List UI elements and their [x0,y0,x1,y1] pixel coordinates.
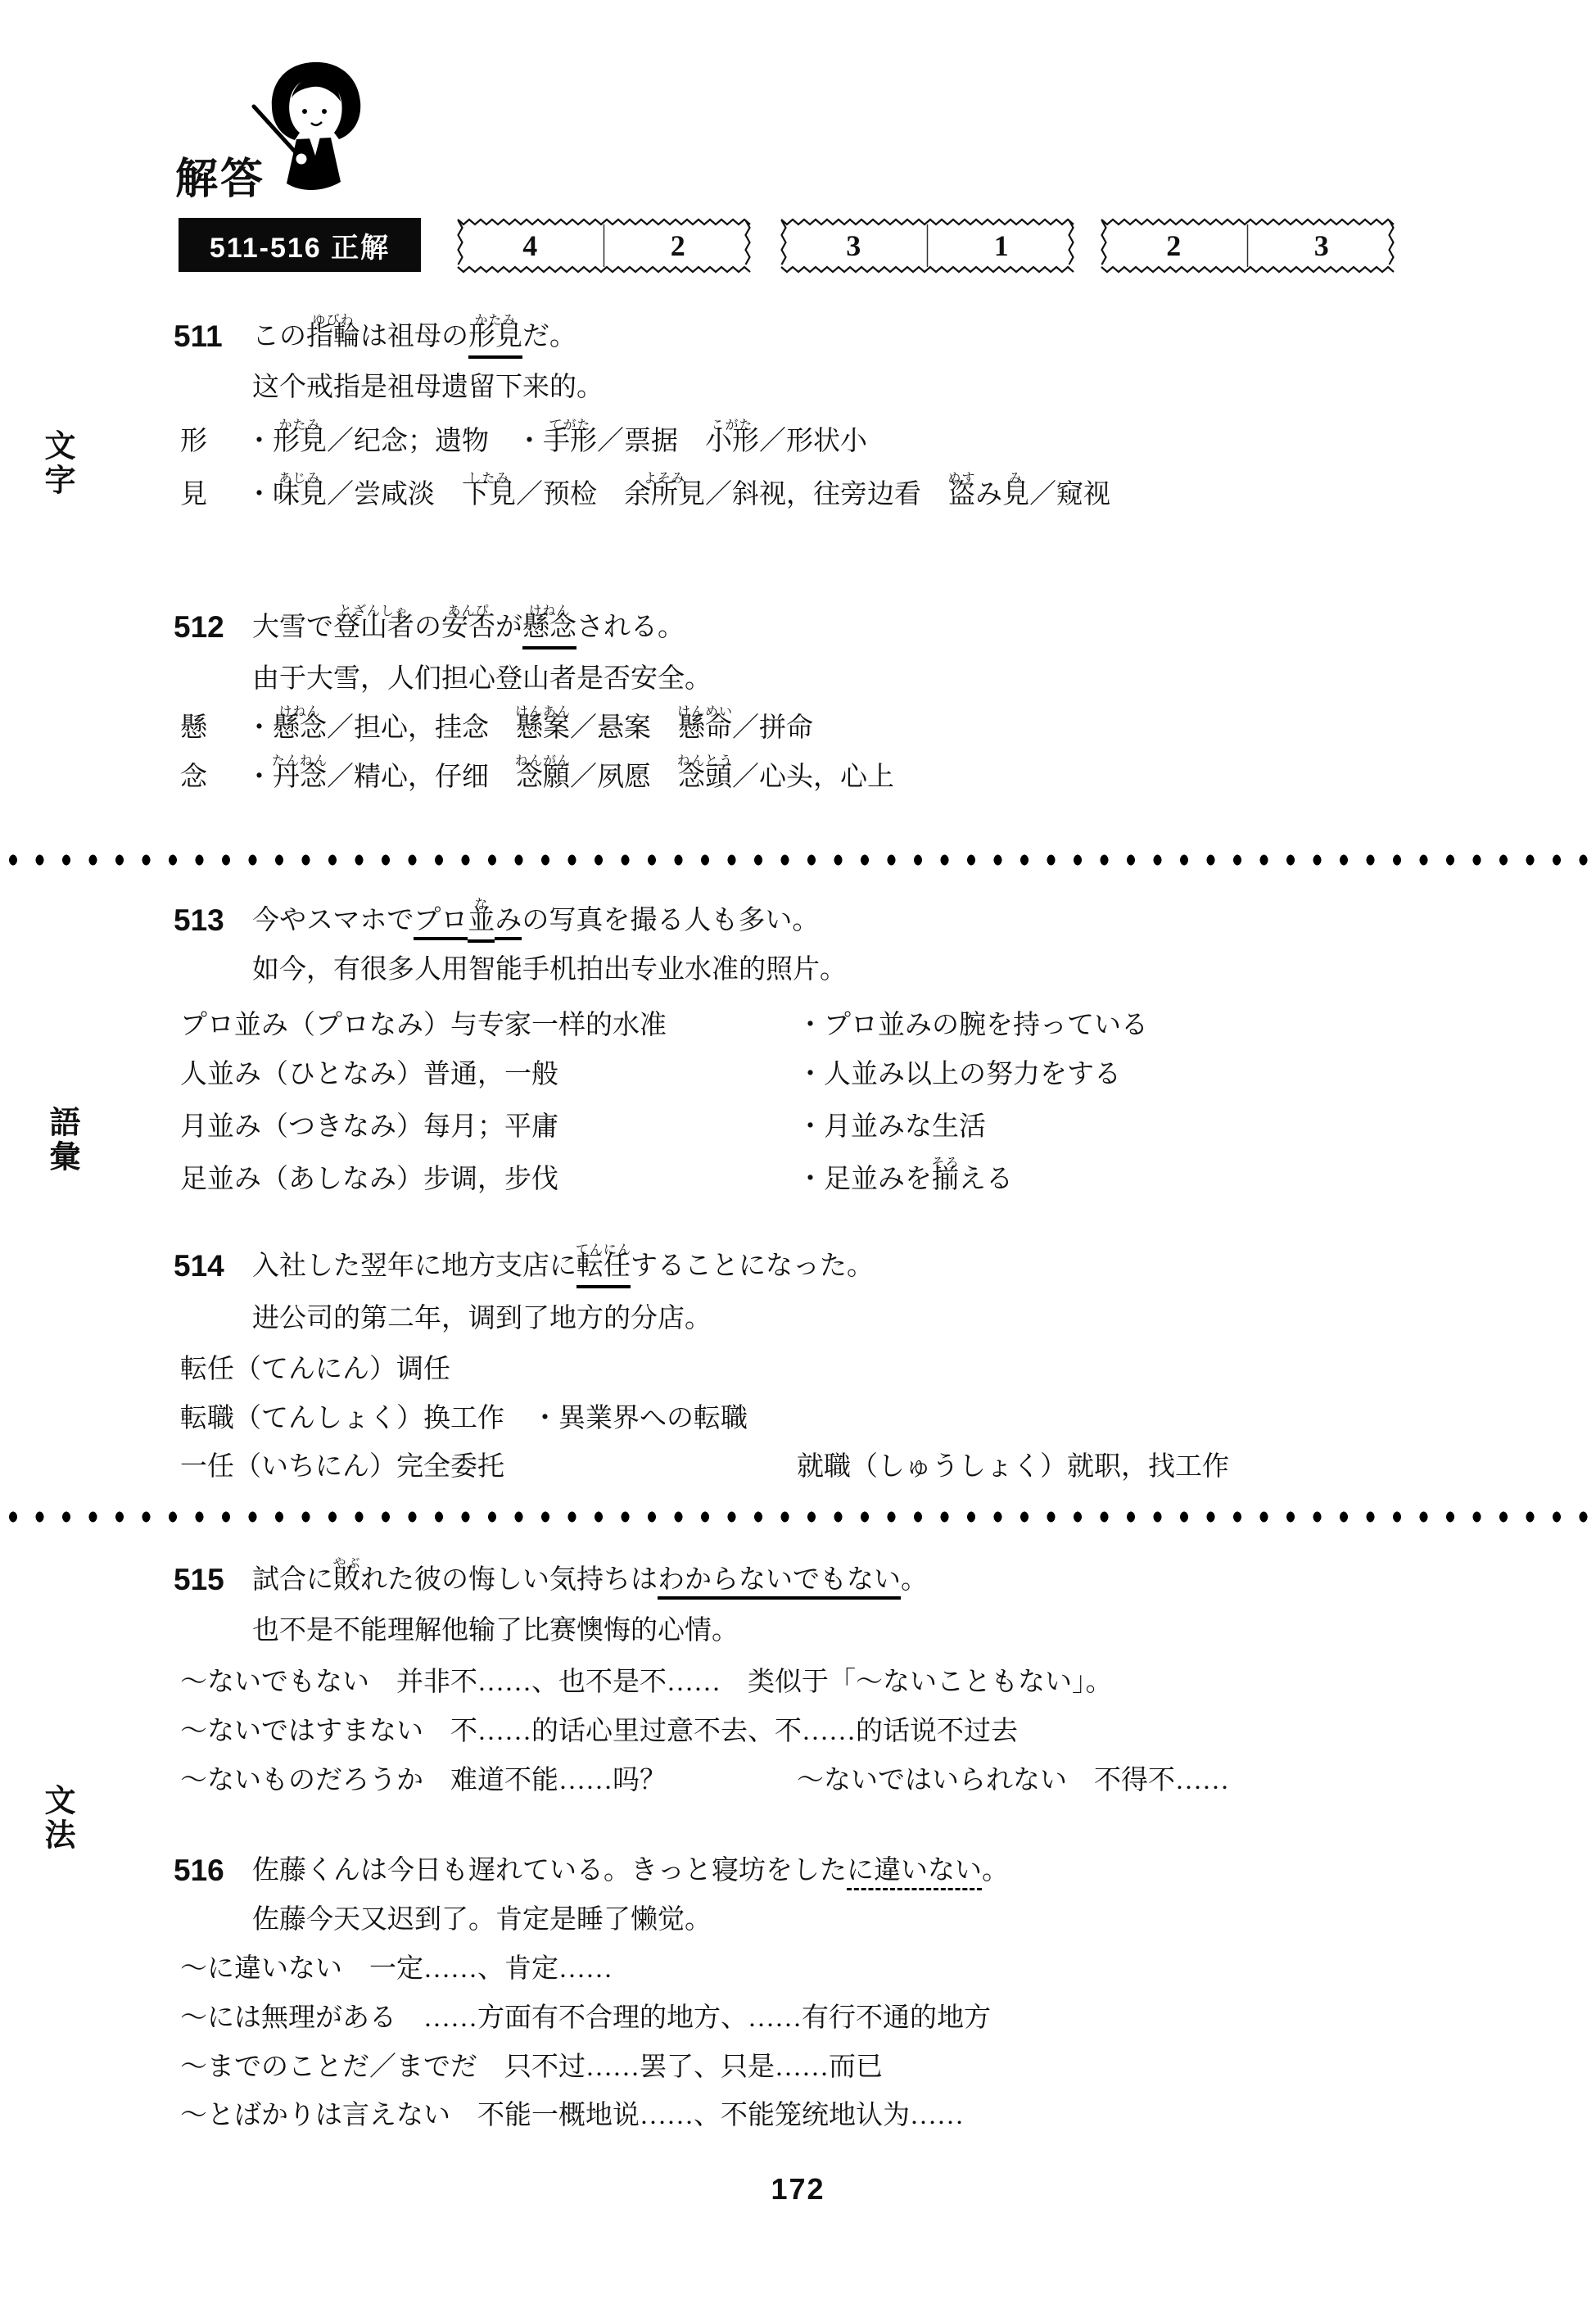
text-run: ・月並みな生活 [797,1112,986,1142]
margin-label-bunpou: 文法 [34,1784,79,1853]
text-run: 入社した翌年に地方支店に [252,1252,576,1281]
text-run: この [252,322,306,351]
ruby-word: 手形てがた [543,424,597,459]
question-sentence: 試合に敗やぶれた彼の悔しい気持ちはわからないでもない。 [252,1563,928,1597]
furigana: かたみ [474,304,516,338]
eye-left [302,109,307,114]
vocab-row: 一任（いちにん）完全委托 [180,1450,504,1484]
text-run: 転職（てんしょく）换工作 ・異業界への転職 [180,1404,748,1433]
hand [295,152,308,165]
text-run: ・人並み以上の努力をする [797,1060,1121,1089]
question-number: 516 [174,1854,224,1888]
furigana: ぬす [947,462,975,496]
furigana: とざんしゃ [339,595,409,629]
ruby-word: 指輪ゆびわ [306,319,360,354]
text-run: わからないでもない [658,1565,901,1600]
chinese-translation: 进公司的第二年，调到了地方的分店。 [252,1301,712,1336]
furigana: こがた [711,409,753,443]
text-run: ～ないではいられない 不得不…… [797,1766,1229,1795]
ruby-word: 下見したみ [462,478,516,512]
text-run: ～に違いない 一定……、肯定…… [180,1954,613,1984]
ruby-word: 敗やぶ [333,1563,360,1597]
furigana: あんぴ [447,595,489,629]
text-run: ・ [246,427,273,456]
margin-label-goi: 語彙 [39,1106,84,1175]
text-run: の写真を撮る人も多い。 [522,906,819,935]
ruby-word: 余所見よそみ [624,478,705,512]
answer-group-box: 42 [456,217,752,274]
text-run: ～ないでもない 并非不……、也不是不…… 类似于「～ないこともない」。 [180,1668,1113,1697]
furigana: かたみ [278,409,320,443]
text-run: の [414,613,441,642]
text-run: ／夙愿 [570,763,678,792]
question-sentence: 大雪で登山者とざんしゃの安否あんぴが懸念けねんされる。 [252,610,685,650]
ruby-word: 登山者とざんしゃ [333,610,414,645]
vocab-row-head: 形 [180,424,207,459]
answer-value: 3 [780,229,928,263]
text-run: ／心头，心上 [732,763,894,792]
chinese-translation: 由于大雪，人们担心登山者是否安全。 [252,662,712,696]
text-run: 人並み（ひとなみ）普通，一般 [180,1060,558,1089]
vocab-row: ・味見あじみ／尝咸淡 下見したみ／预检 余所見よそみ／斜视，往旁边看 盗ぬすみ見… [246,478,1110,512]
vocab-row: 転職（てんしょく）换工作 ・異業界への転職 [180,1401,748,1436]
ruby-word: 念頭ねんとう [678,760,732,794]
vocab-row: ・形見かたみ／纪念；遗物 ・手形てがた／票据 小形こがた／形状小 [246,424,867,459]
ruby-word: 安否あんぴ [441,610,495,645]
ruby-word: 形見かたみ [468,319,522,359]
ruby-word: 懸念けねん [522,610,576,650]
furigana: けんめい [677,695,733,730]
ruby-word: 念願ねんがん [516,760,570,794]
text-run: に違いない [847,1856,982,1890]
question-number: 513 [174,903,224,938]
text-run: ・ [246,713,273,743]
text-run: ／预检 [516,480,624,509]
vocab-row: ～とばかりは言えない 不能一概地说……、不能笼统地认为…… [180,2098,964,2133]
ruby-word: 並な [468,903,495,943]
furigana: よそみ [644,462,685,496]
text-run: ・ [246,763,273,792]
text-run: ／窥视 [1029,480,1110,509]
vocab-row-example: ・足並みを揃そろえる [797,1162,1013,1197]
text-run: ／拼命 [732,713,813,743]
textbook-answer-page: 解答 511-516 正解 423123 文字 語彙 文法 511この指輪ゆびわ… [0,0,1596,2322]
furigana: あじみ [278,462,320,496]
vocab-row: 人並み（ひとなみ）普通，一般 [180,1057,558,1092]
vocab-row: 月並み（つきなみ）每月；平庸 [180,1110,558,1144]
furigana: したみ [468,462,509,496]
text-run: ～までのことだ／までだ 只不过……罢了、只是……而已 [180,2053,883,2082]
ruby-word: 懸命けんめい [678,711,732,745]
text-run: 。 [982,1856,1009,1885]
vocab-row-example: 就職（しゅうしょく）就职，找工作 [797,1450,1229,1484]
answer-value: 3 [1248,229,1396,263]
text-run: することになった。 [631,1252,874,1281]
furigana: けんあん [515,695,571,730]
text-run: だ。 [522,322,576,351]
text-run: ／担心，挂念 [327,713,516,743]
text-run: 足並み（あしなみ）步调，步伐 [180,1165,558,1194]
text-run: される。 [576,613,685,642]
text-run: 転任（てんにん）调任 [180,1355,450,1384]
vocab-row: ～に違いない 一定……、肯定…… [180,1952,613,1986]
ruby-word: 転任てんにん [576,1249,631,1288]
ruby-word: 見み [1002,478,1029,512]
chinese-translation: 佐藤今天又迟到了。肯定是睡了懒觉。 [252,1903,712,1937]
question-number: 512 [174,610,224,645]
question-number: 514 [174,1249,224,1283]
text-run: み [495,906,522,940]
text-run: ～ないものだろうか 难道不能……吗？ [180,1766,667,1795]
vocab-row: ～ないものだろうか 难道不能……吗？ [180,1763,667,1798]
chinese-translation: 这个戒指是祖母遗留下来的。 [252,370,604,405]
furigana: ねんとう [677,745,733,779]
text-run: 大雪で [252,613,333,642]
margin-label-moji: 文字 [34,429,79,498]
text-run: ・プロ並みの腕を持っている [797,1011,1148,1040]
text-run: 月並み（つきなみ）每月；平庸 [180,1112,558,1142]
text-run: プロ並み（プロなみ）与专家一样的水准 [180,1011,667,1040]
text-run: 佐藤くんは今日も遅れている。きっと寝坊をした [252,1856,847,1885]
vocab-row: ～ないではすまない 不……的话心里过意不去、不……的话说不过去 [180,1714,1018,1749]
text-run: ／精心，仔细 [327,763,516,792]
text-run: ／形状小 [759,427,867,456]
ruby-word: 小形こがた [705,424,759,459]
answer-value: 4 [456,229,604,263]
text-run: える [959,1165,1013,1194]
furigana: けねん [528,595,570,629]
text-run: ／纪念；遗物 ・ [327,427,543,456]
ruby-word: 懸案けんあん [516,711,570,745]
vocab-row: ～ないでもない 并非不……、也不是不…… 类似于「～ないこともない」。 [180,1665,1113,1700]
question-sentence: 佐藤くんは今日も遅れている。きっと寝坊をしたに違いない。 [252,1854,1009,1888]
text-run: ／票据 [597,427,705,456]
answer-value: 2 [1100,229,1248,263]
text-run: プロ [414,906,468,940]
question-sentence: 今やスマホでプロ並なみの写真を撮る人も多い。 [252,903,819,943]
text-run: 。 [901,1565,928,1595]
vocab-row: プロ並み（プロなみ）与专家一样的水准 [180,1008,667,1043]
question-sentence: 入社した翌年に地方支店に転任てんにんすることになった。 [252,1249,874,1288]
text-run: は祖母の [360,322,468,351]
text-run: ～には無理がある ……方面有不合理的地方、……有行不通的地方 [180,2003,991,2033]
vocab-row-head: 見 [180,478,207,512]
furigana: やぶ [332,1547,360,1582]
vocab-row-example: ・月並みな生活 [797,1110,986,1144]
teacher-girl-illustration [249,59,372,194]
ruby-word: 盗ぬす [948,478,975,512]
furigana: み [1009,462,1023,496]
answer-value: 1 [928,229,1076,263]
text-run: ～ないではすまない 不……的话心里过意不去、不……的话说不过去 [180,1717,1018,1746]
dotted-separator [0,852,1596,868]
text-run: れた彼の悔しい気持ちは [360,1565,658,1595]
question-number: 511 [174,319,223,354]
furigana: てがた [549,409,590,443]
vocab-row: ・懸念けねん／担心，挂念 懸案けんあん／悬案 懸命けんめい／拼命 [246,711,813,745]
ruby-word: 味見あじみ [273,478,327,512]
furigana: ねんがん [515,745,571,779]
text-run: 一任（いちにん）完全委托 [180,1452,504,1482]
text-run: ・足並みを [797,1165,932,1194]
answer-group-box: 23 [1100,217,1395,274]
vocab-row: 転任（てんにん）调任 [180,1352,450,1387]
vocab-row-head: 念 [180,760,207,794]
question-sentence: この指輪ゆびわは祖母の形見かたみだ。 [252,319,576,359]
answer-group-box: 31 [780,217,1075,274]
text-run: ～とばかりは言えない 不能一概地说……、不能笼统地认为…… [180,2101,964,2130]
text-run: ／斜视，往旁边看 [705,480,948,509]
vocab-row: ～までのことだ／までだ 只不过……罢了、只是……而已 [180,2050,883,2084]
vocab-row-example: ～ないではいられない 不得不…… [797,1763,1229,1798]
answer-value: 2 [604,229,753,263]
ruby-word: 丹念たんねん [273,760,327,794]
text-run: 試合に [252,1565,333,1595]
ruby-word: 揃そろ [932,1162,959,1197]
vocab-row: ・丹念たんねん／精心，仔细 念願ねんがん／夙愿 念頭ねんとう／心头，心上 [246,760,894,794]
text-run: 今やスマホで [252,906,414,935]
question-number: 515 [174,1563,224,1597]
text-run: 就職（しゅうしょく）就职，找工作 [797,1452,1229,1482]
furigana: な [474,888,488,922]
text-run: ／尝咸淡 [327,480,462,509]
furigana: てんにん [576,1233,631,1268]
ruby-word: 懸念けねん [273,711,327,745]
vocab-row: ～には無理がある ……方面有不合理的地方、……有行不通的地方 [180,2001,991,2035]
eye-right [322,109,327,114]
vocab-row-example: ・人並み以上の努力をする [797,1057,1121,1092]
chinese-translation: 也不是不能理解他输了比赛懊悔的心情。 [252,1614,739,1648]
furigana: ゆびわ [312,304,354,338]
text-run: ・ [246,480,273,509]
dotted-separator [0,1509,1596,1525]
furigana: そろ [931,1147,959,1181]
text-run: が [495,613,522,642]
answer-range-label: 511-516 正解 [179,218,421,272]
furigana: たんねん [272,745,328,779]
furigana: けねん [278,695,320,730]
ruby-word: 形見かたみ [273,424,327,459]
vocab-row: 足並み（あしなみ）步调，步伐 [180,1162,558,1197]
chinese-translation: 如今，有很多人用智能手机拍出专业水准的照片。 [252,953,847,987]
text-run: ／悬案 [570,713,678,743]
vocab-row-head: 懸 [180,711,207,745]
page-number: 172 [0,2172,1596,2207]
text-run: み [975,480,1002,509]
vocab-row-example: ・プロ並みの腕を持っている [797,1008,1148,1043]
